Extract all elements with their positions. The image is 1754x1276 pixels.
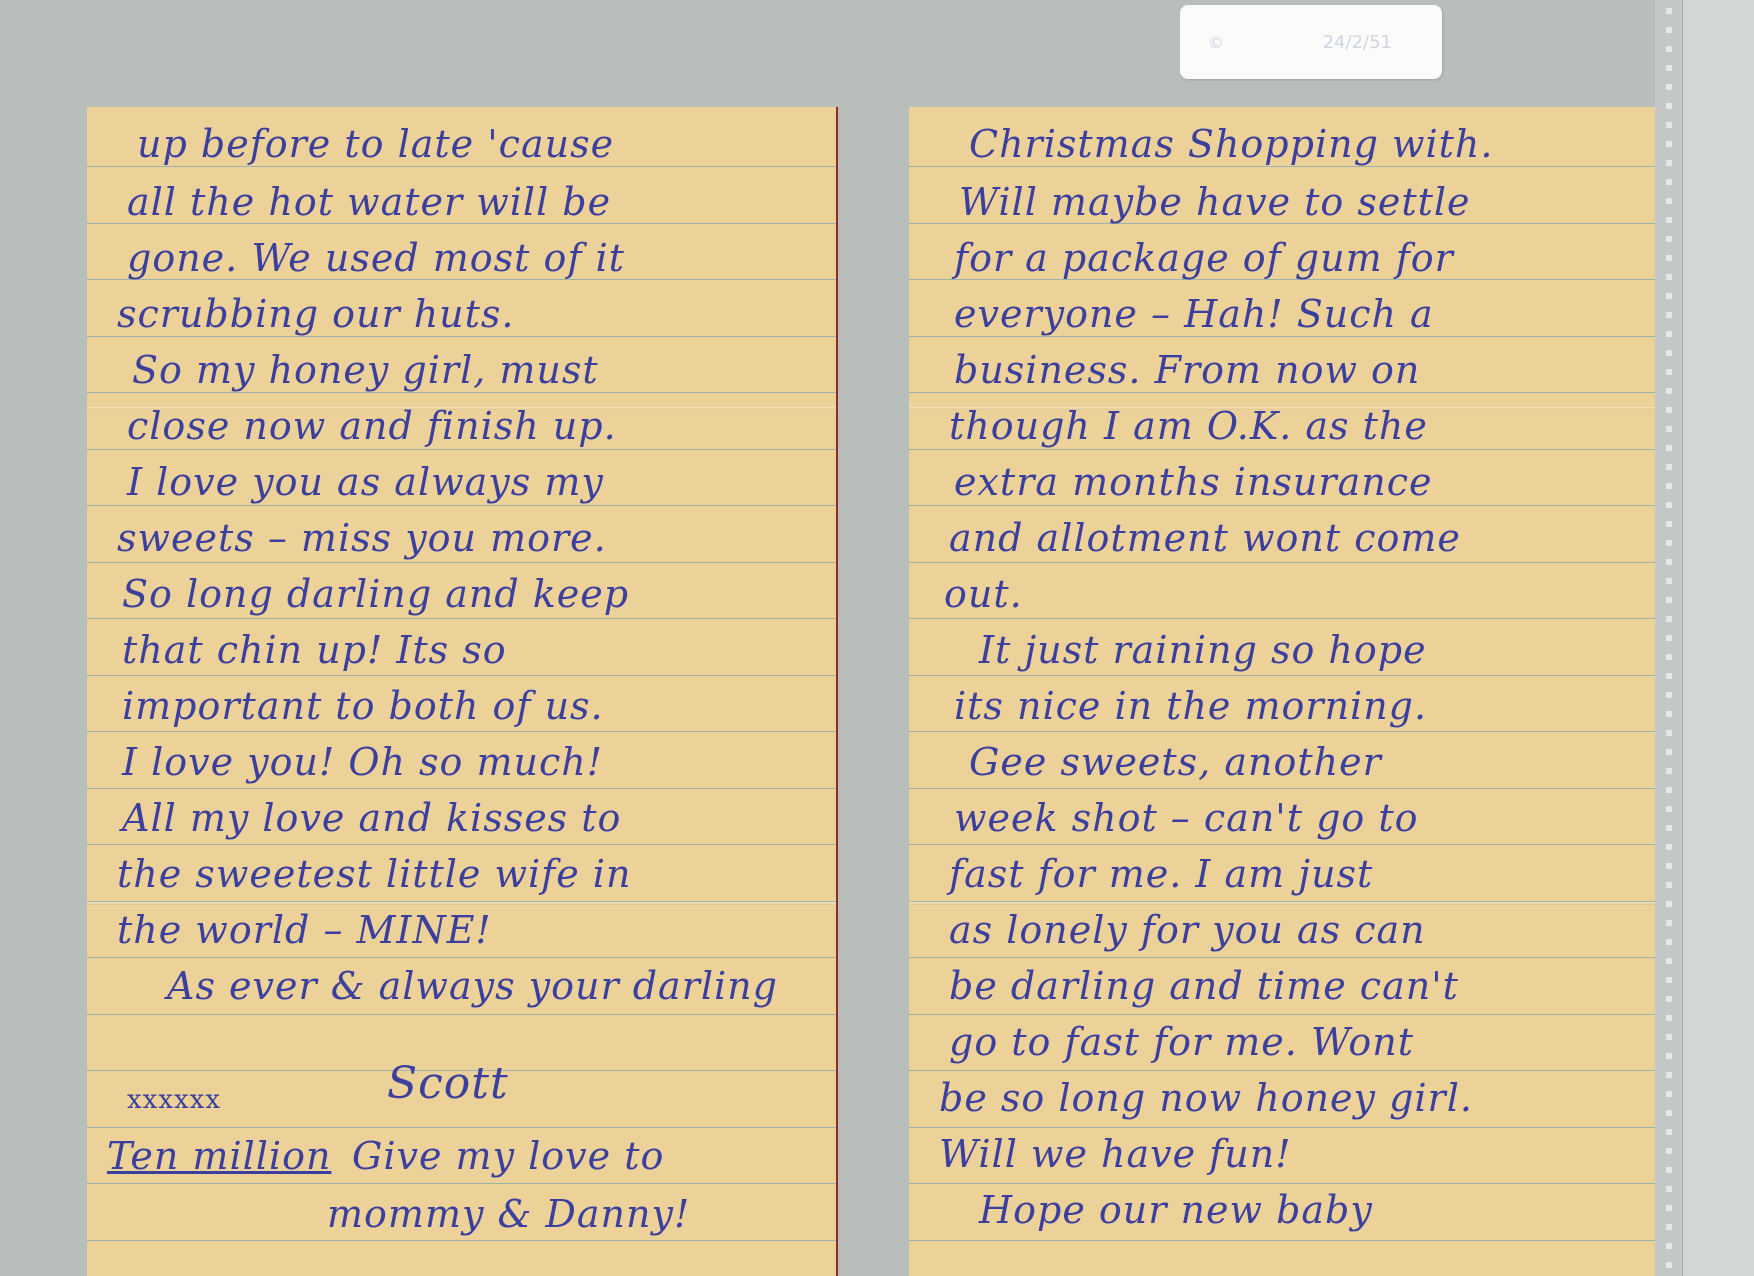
- ruled-line: [87, 618, 836, 619]
- ruled-line: [87, 675, 836, 676]
- ruled-line: [87, 1014, 836, 1015]
- ruled-line: [909, 1127, 1655, 1128]
- postscript-give-love: Give my love to: [352, 1137, 664, 1175]
- letter-line: extra months insurance: [954, 463, 1432, 501]
- letter-line: as lonely for you as can: [949, 911, 1426, 949]
- letter-line: gone. We used most of it: [127, 239, 625, 277]
- letter-line: So my honey girl, must: [132, 351, 599, 389]
- letter-line: All my love and kisses to: [122, 799, 621, 837]
- letter-line: be darling and time can't: [949, 967, 1459, 1005]
- ruled-line: [909, 449, 1655, 450]
- postscript-ten-million: Ten million: [107, 1137, 331, 1175]
- ruled-line: [87, 505, 836, 506]
- letter-line: the sweetest little wife in: [117, 855, 631, 893]
- ruled-line: [87, 392, 836, 393]
- letter-page-right: Christmas Shopping with. Will maybe have…: [909, 107, 1655, 1276]
- letter-line: out.: [944, 575, 1023, 613]
- letter-line: go to fast for me. Wont: [949, 1023, 1414, 1061]
- letter-line: I love you as always my: [127, 463, 604, 501]
- ruled-line: [87, 844, 836, 845]
- ruled-line: [87, 1183, 836, 1184]
- ruled-line: [909, 788, 1655, 789]
- letter-line: all the hot water will be: [127, 183, 611, 221]
- fold-crease: [909, 902, 1655, 905]
- archive-label: © 24/2/51: [1180, 5, 1442, 79]
- kisses-marks: xxxxxx: [127, 1087, 221, 1113]
- letter-closing: As ever & always your darling: [167, 967, 778, 1005]
- letter-line: close now and finish up.: [127, 407, 617, 445]
- ruled-line: [87, 731, 836, 732]
- ruled-line: [909, 1070, 1655, 1071]
- letter-page-left: up before to late 'cause all the hot wat…: [87, 107, 838, 1276]
- letter-line: its nice in the morning.: [954, 687, 1427, 725]
- letter-line: fast for me. I am just: [949, 855, 1373, 893]
- ruled-line: [909, 1014, 1655, 1015]
- ruled-line: [909, 1240, 1655, 1241]
- postscript-names: mommy & Danny!: [327, 1195, 690, 1233]
- letter-line: though I am O.K. as the: [949, 407, 1428, 445]
- letter-line: Will we have fun!: [939, 1135, 1291, 1173]
- letter-line: for a package of gum for: [954, 239, 1454, 277]
- ruled-line: [909, 166, 1655, 167]
- ruled-line: [87, 1240, 836, 1241]
- ruled-line: [909, 505, 1655, 506]
- letter-line: up before to late 'cause: [137, 125, 614, 163]
- ruled-line: [909, 618, 1655, 619]
- ruled-line: [909, 392, 1655, 393]
- signature: Scott: [387, 1062, 509, 1106]
- letter-line: Will maybe have to settle: [959, 183, 1471, 221]
- ruled-line: [87, 449, 836, 450]
- ruled-line: [87, 1127, 836, 1128]
- ruled-line: [909, 562, 1655, 563]
- ruled-line: [909, 336, 1655, 337]
- ruled-line: [87, 957, 836, 958]
- background-margin: [1683, 0, 1754, 1276]
- letter-line: that chin up! Its so: [122, 631, 507, 669]
- letter-line: It just raining so hope: [979, 631, 1427, 669]
- letter-line: I love you! Oh so much!: [122, 743, 603, 781]
- letter-line: business. From now on: [954, 351, 1420, 389]
- fold-crease: [87, 902, 836, 905]
- copyright-mark: ©: [1208, 33, 1224, 52]
- ruled-line: [909, 957, 1655, 958]
- letter-line: scrubbing our huts.: [117, 295, 515, 333]
- ruled-line: [909, 731, 1655, 732]
- ruled-line: [87, 336, 836, 337]
- archive-date: 24/2/51: [1323, 32, 1392, 53]
- letter-line: everyone – Hah! Such a: [954, 295, 1434, 333]
- letter-line: Hope our new baby: [979, 1191, 1373, 1229]
- ruled-line: [909, 1183, 1655, 1184]
- ruled-line: [87, 562, 836, 563]
- letter-line: Christmas Shopping with.: [969, 125, 1493, 163]
- ruled-line: [87, 788, 836, 789]
- letter-line: So long darling and keep: [122, 575, 629, 613]
- letter-line: be so long now honey girl.: [939, 1079, 1473, 1117]
- letter-line: important to both of us.: [122, 687, 604, 725]
- letter-line: sweets – miss you more.: [117, 519, 607, 557]
- ruled-line: [87, 166, 836, 167]
- ruled-line: [909, 844, 1655, 845]
- sleeve-perforation-strip: [1655, 0, 1683, 1276]
- letter-line: week shot – can't go to: [954, 799, 1419, 837]
- ruled-line: [909, 675, 1655, 676]
- letter-line: and allotment wont come: [949, 519, 1461, 557]
- letter-line: the world – MINE!: [117, 911, 492, 949]
- letter-line: Gee sweets, another: [969, 743, 1382, 781]
